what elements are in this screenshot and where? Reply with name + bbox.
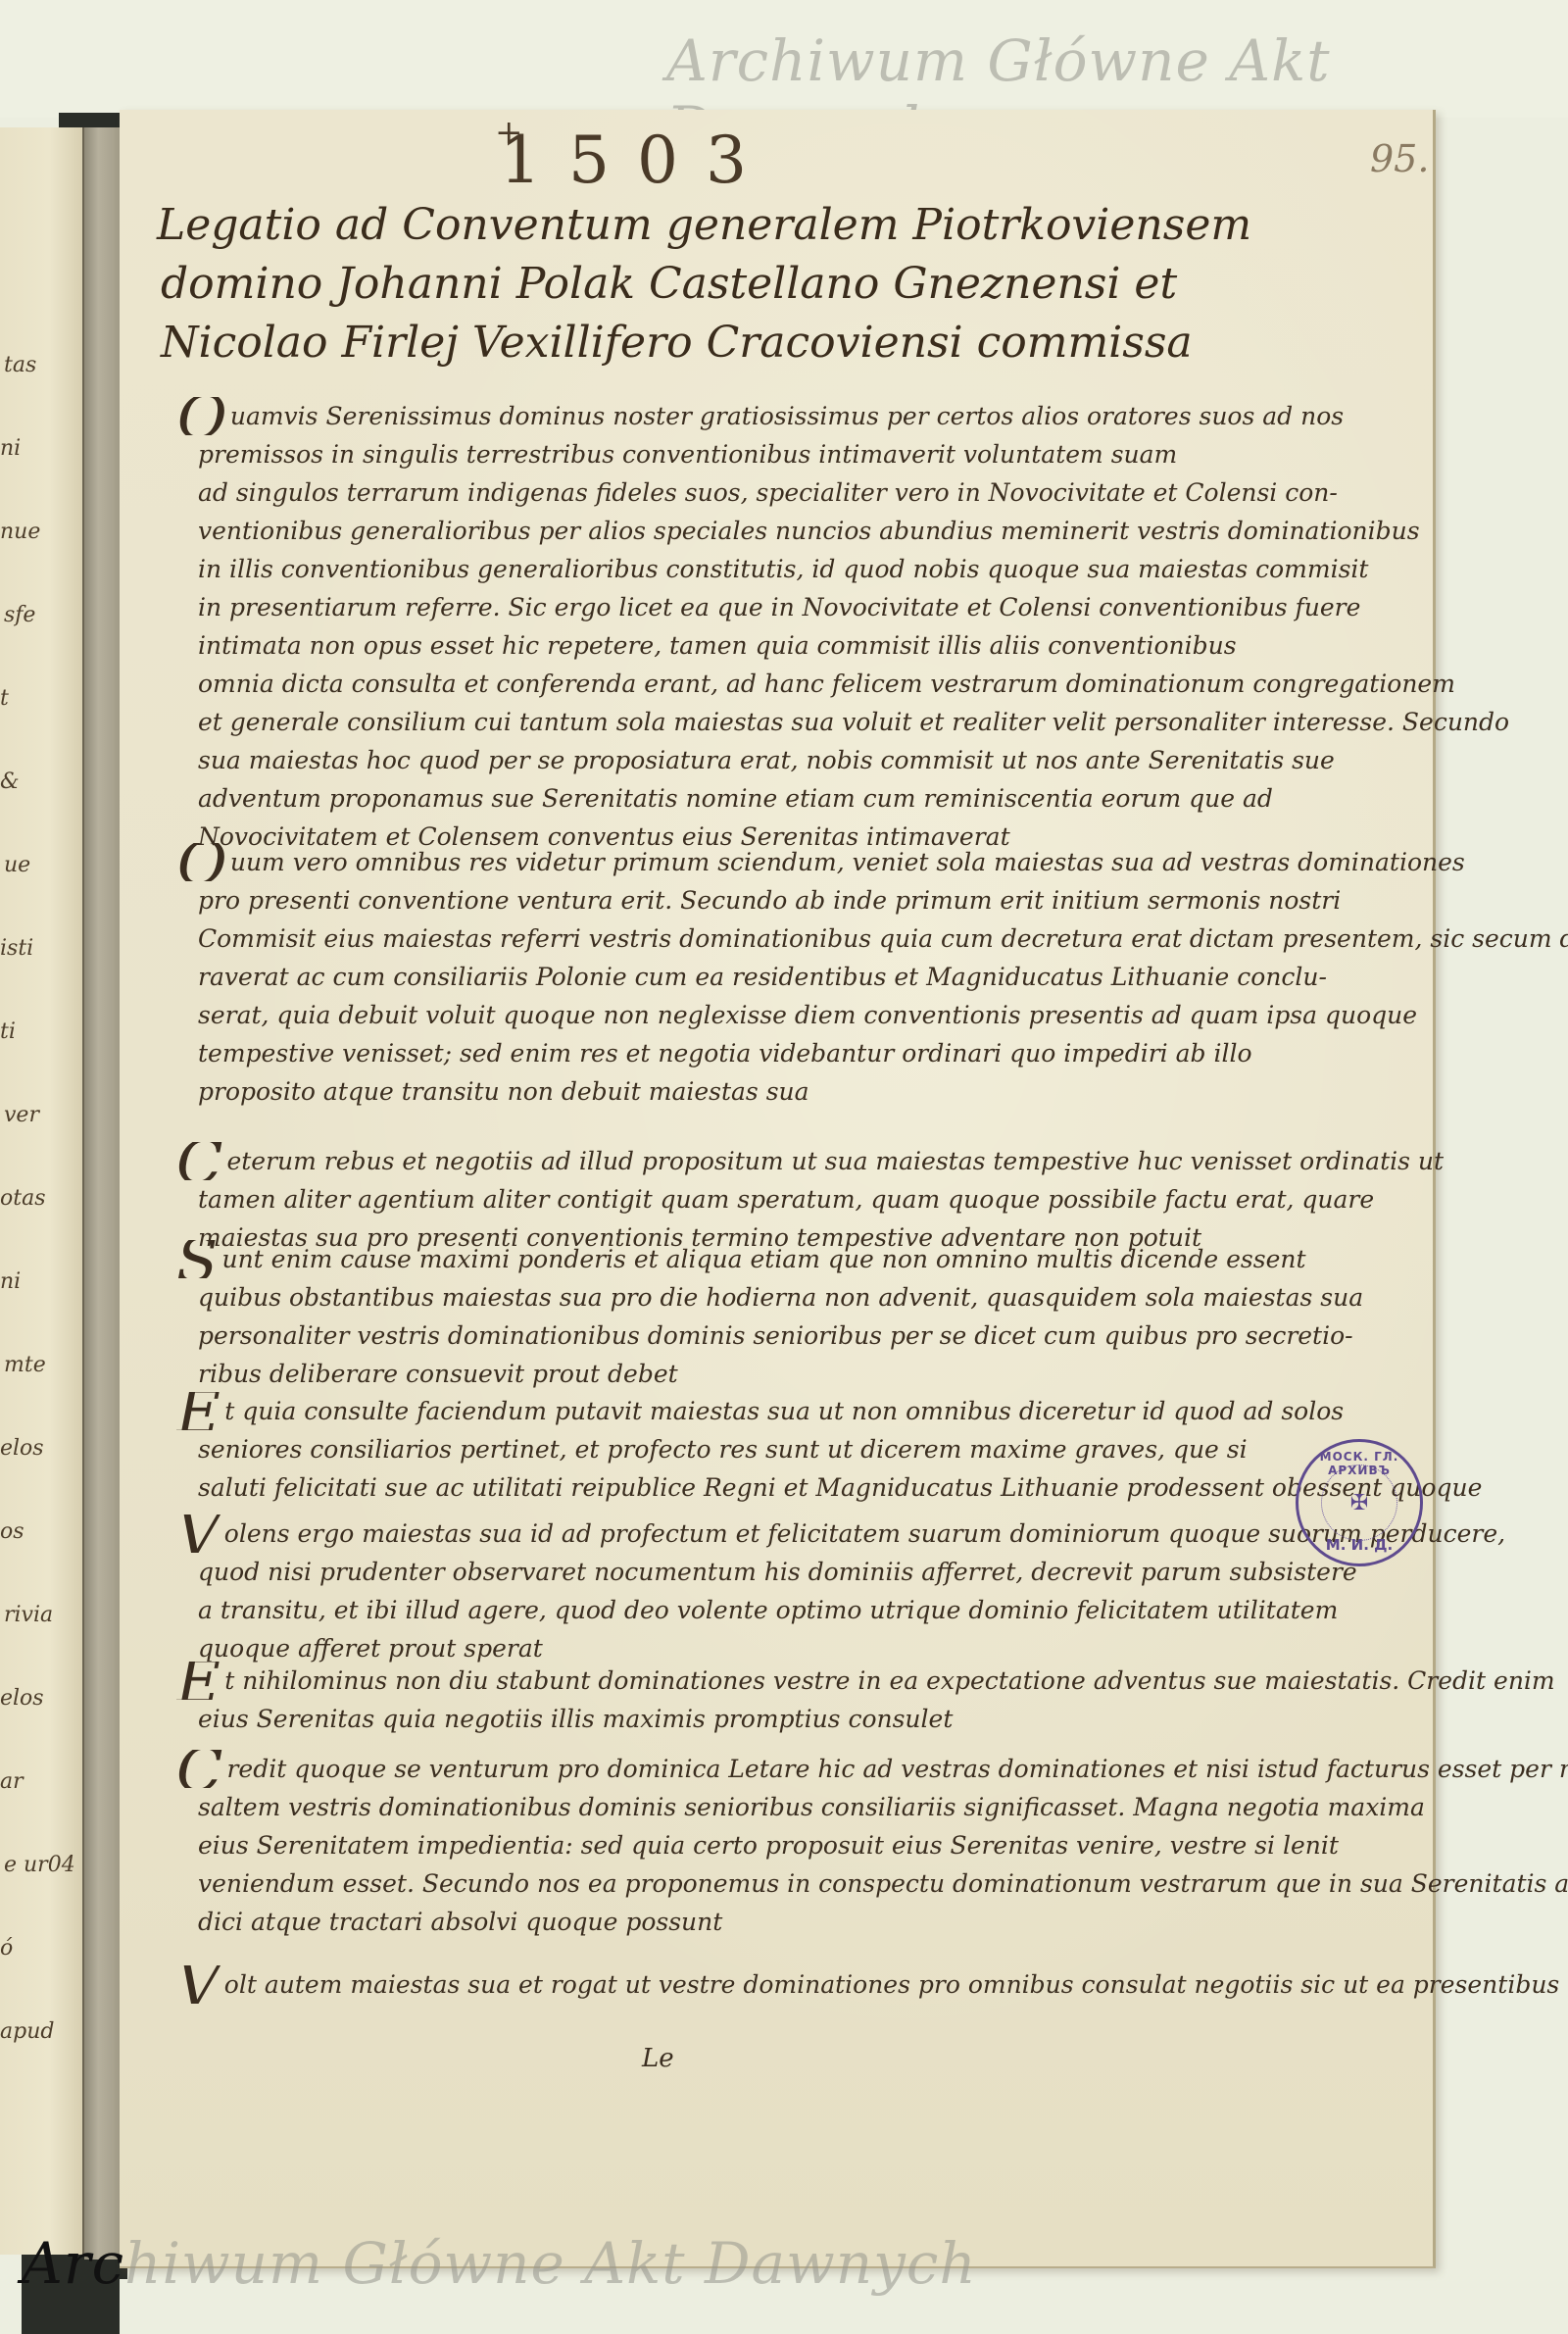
line-text: serat, quia debuit voluit quoque non neg…: [198, 1001, 1417, 1029]
manuscript-line: seniores consiliarios pertinet, et profe…: [176, 1430, 1482, 1468]
line-text: olt autem maiestas sua et rogat ut vestr…: [224, 1970, 1568, 1999]
line-text: premissos in singulis terrestribus conve…: [198, 440, 1177, 469]
manuscript-line: saltem vestris dominationibus dominis se…: [176, 1788, 1568, 1826]
line-text: in presentiarum referre. Sic ergo licet …: [198, 593, 1360, 621]
manuscript-line: saluti felicitati sue ac utilitati reipu…: [176, 1468, 1482, 1507]
title-line: Legatio ad Conventum generalem Piotrkovi…: [157, 196, 1333, 255]
left-page-fragment: ue: [4, 853, 30, 877]
archive-stamp: МОСК. ГЛ. АРХИВЪ ✠ М. И. Д.: [1296, 1439, 1423, 1566]
line-text: adventum proponamus sue Serenitatis nomi…: [198, 784, 1273, 813]
line-text: et generale consilium cui tantum sola ma…: [198, 708, 1509, 736]
left-page-fragment: tas: [4, 353, 36, 377]
left-page-fragment: elos: [0, 1436, 44, 1461]
manuscript-line: proposito atque transitu non debuit maie…: [176, 1072, 1568, 1111]
line-text: eius Serenitatem impedientia: sed quia c…: [198, 1831, 1339, 1860]
line-text: uum vero omnibus res videtur primum scie…: [230, 848, 1465, 876]
stamp-ring-text: МОСК. ГЛ. АРХИВЪ: [1298, 1450, 1420, 1477]
manuscript-line: in illis conventionibus generalioribus c…: [176, 550, 1509, 588]
watermark-light-part: hiwum Główne Akt Dawnych: [124, 2230, 977, 2297]
initial-letter: Q: [176, 397, 226, 435]
left-page-fragment: nue: [0, 520, 40, 544]
line-text: eius Serenitas quia negotiis illis maxim…: [198, 1705, 953, 1733]
left-page-fragment: sfe: [4, 603, 35, 627]
paragraph: Quamvis Serenissimus dominus noster grat…: [176, 397, 1509, 856]
folio-number: 95.: [1370, 137, 1429, 180]
left-page-fragment: ar: [0, 1769, 24, 1794]
left-page-fragment: os: [0, 1519, 24, 1544]
initial-letter: E: [176, 1392, 220, 1430]
initial-letter: V: [176, 1515, 220, 1553]
manuscript-line: et generale consilium cui tantum sola ma…: [176, 703, 1509, 741]
line-text: uamvis Serenissimus dominus noster grati…: [230, 402, 1344, 430]
manuscript-line: Et nihilominus non diu stabunt dominatio…: [176, 1662, 1555, 1700]
line-text: eterum rebus et negotiis ad illud propos…: [226, 1147, 1444, 1175]
manuscript-line: eius Serenitas quia negotiis illis maxim…: [176, 1700, 1555, 1738]
manuscript-line: Quamvis Serenissimus dominus noster grat…: [176, 397, 1509, 435]
line-text: veniendum esset. Secundo nos ea proponem…: [198, 1869, 1568, 1898]
stamp-bottom-text: М. И. Д.: [1298, 1536, 1420, 1554]
line-text: personaliter vestris dominationibus domi…: [198, 1321, 1353, 1350]
paragraph: Et nihilominus non diu stabunt dominatio…: [176, 1662, 1555, 1738]
manuscript-line: in presentiarum referre. Sic ergo licet …: [176, 588, 1509, 626]
manuscript-line: raverat ac cum consiliariis Polonie cum …: [176, 958, 1568, 996]
book-gutter: [84, 127, 120, 2260]
archive-watermark-bottom: Archiwum Główne Akt Dawnych: [22, 2230, 977, 2297]
left-page-fragment: mte: [4, 1353, 46, 1377]
title-line: domino Johanni Polak Castellano Gneznens…: [157, 255, 1333, 314]
manuscript-line: serat, quia debuit voluit quoque non neg…: [176, 996, 1568, 1034]
line-text: quod nisi prudenter observaret nocumentu…: [198, 1558, 1357, 1586]
initial-letter: C: [176, 1142, 222, 1180]
manuscript-line: omnia dicta consulta et conferenda erant…: [176, 665, 1509, 703]
year-heading: 1503: [500, 123, 774, 198]
paragraph: Et quia consulte faciendum putavit maies…: [176, 1392, 1482, 1507]
left-page-fragment: e ur04: [4, 1853, 75, 1877]
left-page-edge: tasninuesfet&ueistitiverotasnimteelososr…: [0, 127, 84, 2255]
left-page-fragment: ó: [0, 1936, 13, 1961]
line-text: redit quoque se venturum pro dominica Le…: [226, 1755, 1568, 1783]
line-text: in illis conventionibus generalioribus c…: [198, 555, 1368, 583]
manuscript-line: intimata non opus esset hic repetere, ta…: [176, 626, 1509, 665]
manuscript-line: Commisit eius maiestas referri vestris d…: [176, 919, 1568, 958]
left-page-fragment: &: [0, 770, 20, 794]
left-page-fragment: isti: [0, 936, 33, 961]
manuscript-line: ribus deliberare consuevit prout debet: [176, 1355, 1363, 1393]
manuscript-line: sua maiestas hoc quod per se proposiatur…: [176, 741, 1509, 779]
manuscript-line: Sunt enim cause maximi ponderis et aliqu…: [176, 1240, 1363, 1278]
line-text: t quia consulte faciendum putavit maiest…: [224, 1397, 1344, 1425]
left-page-fragment: t: [0, 686, 9, 711]
left-page-fragment: elos: [0, 1686, 44, 1711]
line-text: quibus obstantibus maiestas sua pro die …: [198, 1283, 1363, 1312]
initial-letter: E: [176, 1662, 220, 1700]
catchword: Le: [642, 2044, 674, 2073]
manuscript-line: Et quia consulte faciendum putavit maies…: [176, 1392, 1482, 1430]
manuscript-line: quod nisi prudenter observaret nocumentu…: [176, 1553, 1505, 1591]
line-text: Commisit eius maiestas referri vestris d…: [198, 924, 1568, 953]
left-page-fragment: otas: [0, 1186, 46, 1211]
left-page-fragment: ver: [4, 1103, 39, 1127]
line-text: dici atque tractari absolvi quoque possu…: [198, 1908, 722, 1936]
line-text: intimata non opus esset hic repetere, ta…: [198, 631, 1237, 660]
line-text: omnia dicta consulta et conferenda erant…: [198, 670, 1455, 698]
manuscript-line: ad singulos terrarum indigenas fideles s…: [176, 473, 1509, 512]
manuscript-line: adventum proponamus sue Serenitatis nomi…: [176, 779, 1509, 818]
line-text: a transitu, et ibi illud agere, quod deo…: [198, 1596, 1338, 1624]
manuscript-line: veniendum esset. Secundo nos ea proponem…: [176, 1864, 1568, 1903]
line-text: seniores consiliarios pertinet, et profe…: [198, 1435, 1248, 1464]
left-page-fragment: rivia: [4, 1603, 53, 1627]
line-text: ventionibus generalioribus per alios spe…: [198, 517, 1420, 545]
watermark-dark-part: Arc: [22, 2230, 124, 2297]
line-text: saluti felicitati sue ac utilitati reipu…: [198, 1473, 1482, 1502]
line-text: tamen aliter agentium aliter contigit qu…: [198, 1185, 1374, 1214]
left-page-fragment: ni: [0, 436, 21, 461]
initial-letter: S: [176, 1240, 218, 1278]
manuscript-line: Credit quoque se venturum pro dominica L…: [176, 1750, 1568, 1788]
manuscript-line: a transitu, et ibi illud agere, quod deo…: [176, 1591, 1505, 1629]
line-text: proposito atque transitu non debuit maie…: [198, 1077, 809, 1106]
initial-letter: C: [176, 1750, 222, 1788]
manuscript-line: Ceterum rebus et negotiis ad illud propo…: [176, 1142, 1444, 1180]
manuscript-line: personaliter vestris dominationibus domi…: [176, 1316, 1363, 1355]
manuscript-line: Volt autem maiestas sua et rogat ut vest…: [176, 1965, 1568, 2004]
manuscript-line: eius Serenitatem impedientia: sed quia c…: [176, 1826, 1568, 1864]
paragraph: Quum vero omnibus res videtur primum sci…: [176, 843, 1568, 1111]
line-text: quoque afferet prout sperat: [198, 1634, 543, 1663]
paragraph: Sunt enim cause maximi ponderis et aliqu…: [176, 1240, 1363, 1393]
line-text: ribus deliberare consuevit prout debet: [198, 1360, 678, 1388]
left-page-fragment: apud: [0, 2019, 54, 2044]
title-line: Nicolao Firlej Vexillifero Cracoviensi c…: [157, 314, 1333, 372]
manuscript-line: tempestive venisset; sed enim res et neg…: [176, 1034, 1568, 1072]
manuscript-line: pro presenti conventione ventura erit. S…: [176, 881, 1568, 919]
line-text: ad singulos terrarum indigenas fideles s…: [198, 478, 1338, 507]
manuscript-line: tamen aliter agentium aliter contigit qu…: [176, 1180, 1444, 1218]
line-text: saltem vestris dominationibus dominis se…: [198, 1793, 1425, 1821]
manuscript-line: dici atque tractari absolvi quoque possu…: [176, 1903, 1568, 1941]
manuscript-line: premissos in singulis terrestribus conve…: [176, 435, 1509, 473]
document-title: Legatio ad Conventum generalem Piotrkovi…: [157, 196, 1333, 372]
manuscript-line: Quum vero omnibus res videtur primum sci…: [176, 843, 1568, 881]
paragraph: Credit quoque se venturum pro dominica L…: [176, 1750, 1568, 1941]
line-text: raverat ac cum consiliariis Polonie cum …: [198, 963, 1327, 991]
line-text: tempestive venisset; sed enim res et neg…: [198, 1039, 1252, 1068]
manuscript-line: quibus obstantibus maiestas sua pro die …: [176, 1278, 1363, 1316]
left-page-fragment: ni: [0, 1269, 21, 1294]
line-text: pro presenti conventione ventura erit. S…: [198, 886, 1341, 915]
left-page-fragment: ti: [0, 1019, 16, 1044]
initial-letter: V: [176, 1965, 220, 2004]
manuscript-line: ventionibus generalioribus per alios spe…: [176, 512, 1509, 550]
line-text: unt enim cause maximi ponderis et aliqua…: [221, 1245, 1305, 1273]
initial-letter: Q: [176, 843, 226, 881]
paragraph: Volt autem maiestas sua et rogat ut vest…: [176, 1965, 1568, 2004]
line-text: t nihilominus non diu stabunt domination…: [224, 1666, 1554, 1695]
line-text: sua maiestas hoc quod per se proposiatur…: [198, 746, 1335, 774]
